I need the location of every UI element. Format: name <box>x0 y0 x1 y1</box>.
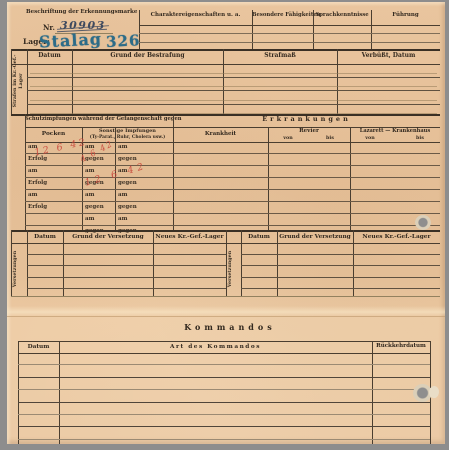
transfer-row <box>241 243 440 255</box>
von-label: von <box>360 136 380 141</box>
col-fuehrung: Führung <box>371 13 440 19</box>
kommando-row <box>18 415 430 427</box>
illness-row <box>173 142 440 154</box>
kommando-row <box>18 440 430 450</box>
col-krankheit: Krankheit <box>173 132 268 138</box>
col-neues-lager: Neues Kr.-Gef.-Lager <box>353 234 440 240</box>
kommando-row <box>18 403 430 415</box>
col-art-des-kommandos: Art des Kommandos <box>59 344 372 350</box>
col-strafmass: Strafmaß <box>223 53 337 59</box>
illness-row <box>173 166 440 178</box>
punishment-rows <box>27 64 440 117</box>
kommando-row <box>18 353 430 365</box>
col-lazarett: Lazarett — Krankenhaus <box>350 129 440 134</box>
col-verbuesst-datum: Verbüßt, Datum <box>337 53 440 59</box>
kommando-row <box>18 390 430 402</box>
transfer-rows-right <box>241 243 440 300</box>
transfers-side-label: Versetzungen <box>228 243 240 295</box>
vaccination-cell: gegen <box>118 180 137 186</box>
id-tag-header: Beschriftung der Erkennungsmarke <box>26 10 130 16</box>
transfers-side-label: Versetzungen <box>13 243 25 295</box>
col-datum: Datum <box>241 234 277 240</box>
col-besondere-faehigkeiten: Besondere Fähigkeiten <box>252 13 313 19</box>
col-grund-der-bestrafung: Grund der Bestrafung <box>72 53 223 59</box>
col-sonstige-impfungen: Sonstige Impfungen <box>82 129 173 134</box>
vaccination-cell: am <box>118 144 127 150</box>
illness-row <box>173 214 440 226</box>
scanned-pow-card: Beschriftung der Erkennungsmarke Nr. 309… <box>0 0 449 450</box>
vaccination-cell: gegen <box>118 204 137 210</box>
transfer-row <box>241 255 440 267</box>
transfer-rows-left <box>27 243 226 300</box>
illness-row <box>173 202 440 214</box>
transfer-row <box>27 289 226 300</box>
vaccination-cell: am <box>118 216 127 222</box>
col-datum: Datum <box>27 234 63 240</box>
grid-line <box>11 296 440 297</box>
vaccination-cell: am <box>118 192 127 198</box>
von-label: von <box>278 136 298 141</box>
col-grund-der-versetzung: Grund der Versetzung <box>277 234 353 240</box>
traits-rows <box>139 25 440 51</box>
transfer-row <box>27 278 226 290</box>
col-grund-der-versetzung: Grund der Versetzung <box>63 234 153 240</box>
illness-row <box>173 154 440 166</box>
transfer-row <box>241 266 440 278</box>
col-neues-lager: Neues Kr.-Gef.-Lager <box>153 234 226 240</box>
vaccination-cell: gegen <box>85 204 104 210</box>
grid-line <box>18 341 430 342</box>
illnesses-header: Erkrankungen <box>173 116 440 123</box>
col-rueckkehrdatum: Rückkehrdatum <box>372 344 430 350</box>
transfer-row <box>27 243 226 255</box>
table-row <box>27 78 440 92</box>
kommando-row <box>18 365 430 377</box>
illness-row <box>173 178 440 190</box>
col-charaktereigenschaften: Charaktereigenschaften u. a. <box>139 13 252 19</box>
vaccination-row: Erfolg gegen gegen <box>25 202 173 214</box>
stalag-stamp: Stalag326 <box>39 27 137 51</box>
table-row <box>139 25 440 34</box>
col-sprachkenntnisse: Sprachkenntnisse <box>313 13 371 19</box>
kommando-rows <box>18 353 430 450</box>
col-datum: Datum <box>27 53 72 59</box>
id-tag-number-label: Nr. <box>43 24 55 31</box>
table-row <box>27 91 440 105</box>
vaccination-cell: am <box>28 168 37 174</box>
kommando-row <box>18 378 430 390</box>
transfer-row <box>27 266 226 278</box>
col-datum: Datum <box>18 344 59 350</box>
vaccinations-header: Schutzimpfungen während der Gefangenscha… <box>25 117 173 122</box>
vaccination-cell: Erfolg <box>28 204 47 210</box>
table-row <box>139 34 440 43</box>
bis-label: bis <box>410 136 430 141</box>
illness-row <box>173 190 440 202</box>
transfer-row <box>27 255 226 267</box>
vaccination-cell: am <box>28 192 37 198</box>
col-revier: Revier <box>268 129 350 135</box>
col-pocken: Pocken <box>25 131 82 137</box>
illness-rows <box>173 142 440 237</box>
vaccination-cell: am <box>85 216 94 222</box>
vaccination-cell: am <box>85 168 94 174</box>
vaccination-cell: gegen <box>118 156 137 162</box>
col-sonstige-impfungen-note: (Ty-Parat., Ruhr, Cholera usw.) <box>82 136 173 141</box>
kommando-row <box>18 427 430 439</box>
table-row <box>27 64 440 78</box>
punishments-side-label: Strafen im Kr.-Gef.-Lager <box>13 49 25 113</box>
vaccination-row: am am am <box>25 190 173 202</box>
kommandos-title: Kommandos <box>24 323 436 331</box>
punch-hole-upper <box>415 215 431 230</box>
vaccination-cell: Erfolg <box>28 180 47 186</box>
vaccination-cell: am <box>85 192 94 198</box>
grid-line <box>11 49 440 51</box>
transfer-row <box>241 278 440 290</box>
vaccination-row: am am <box>25 214 173 226</box>
transfer-row <box>241 289 440 300</box>
bis-label: bis <box>320 136 340 141</box>
